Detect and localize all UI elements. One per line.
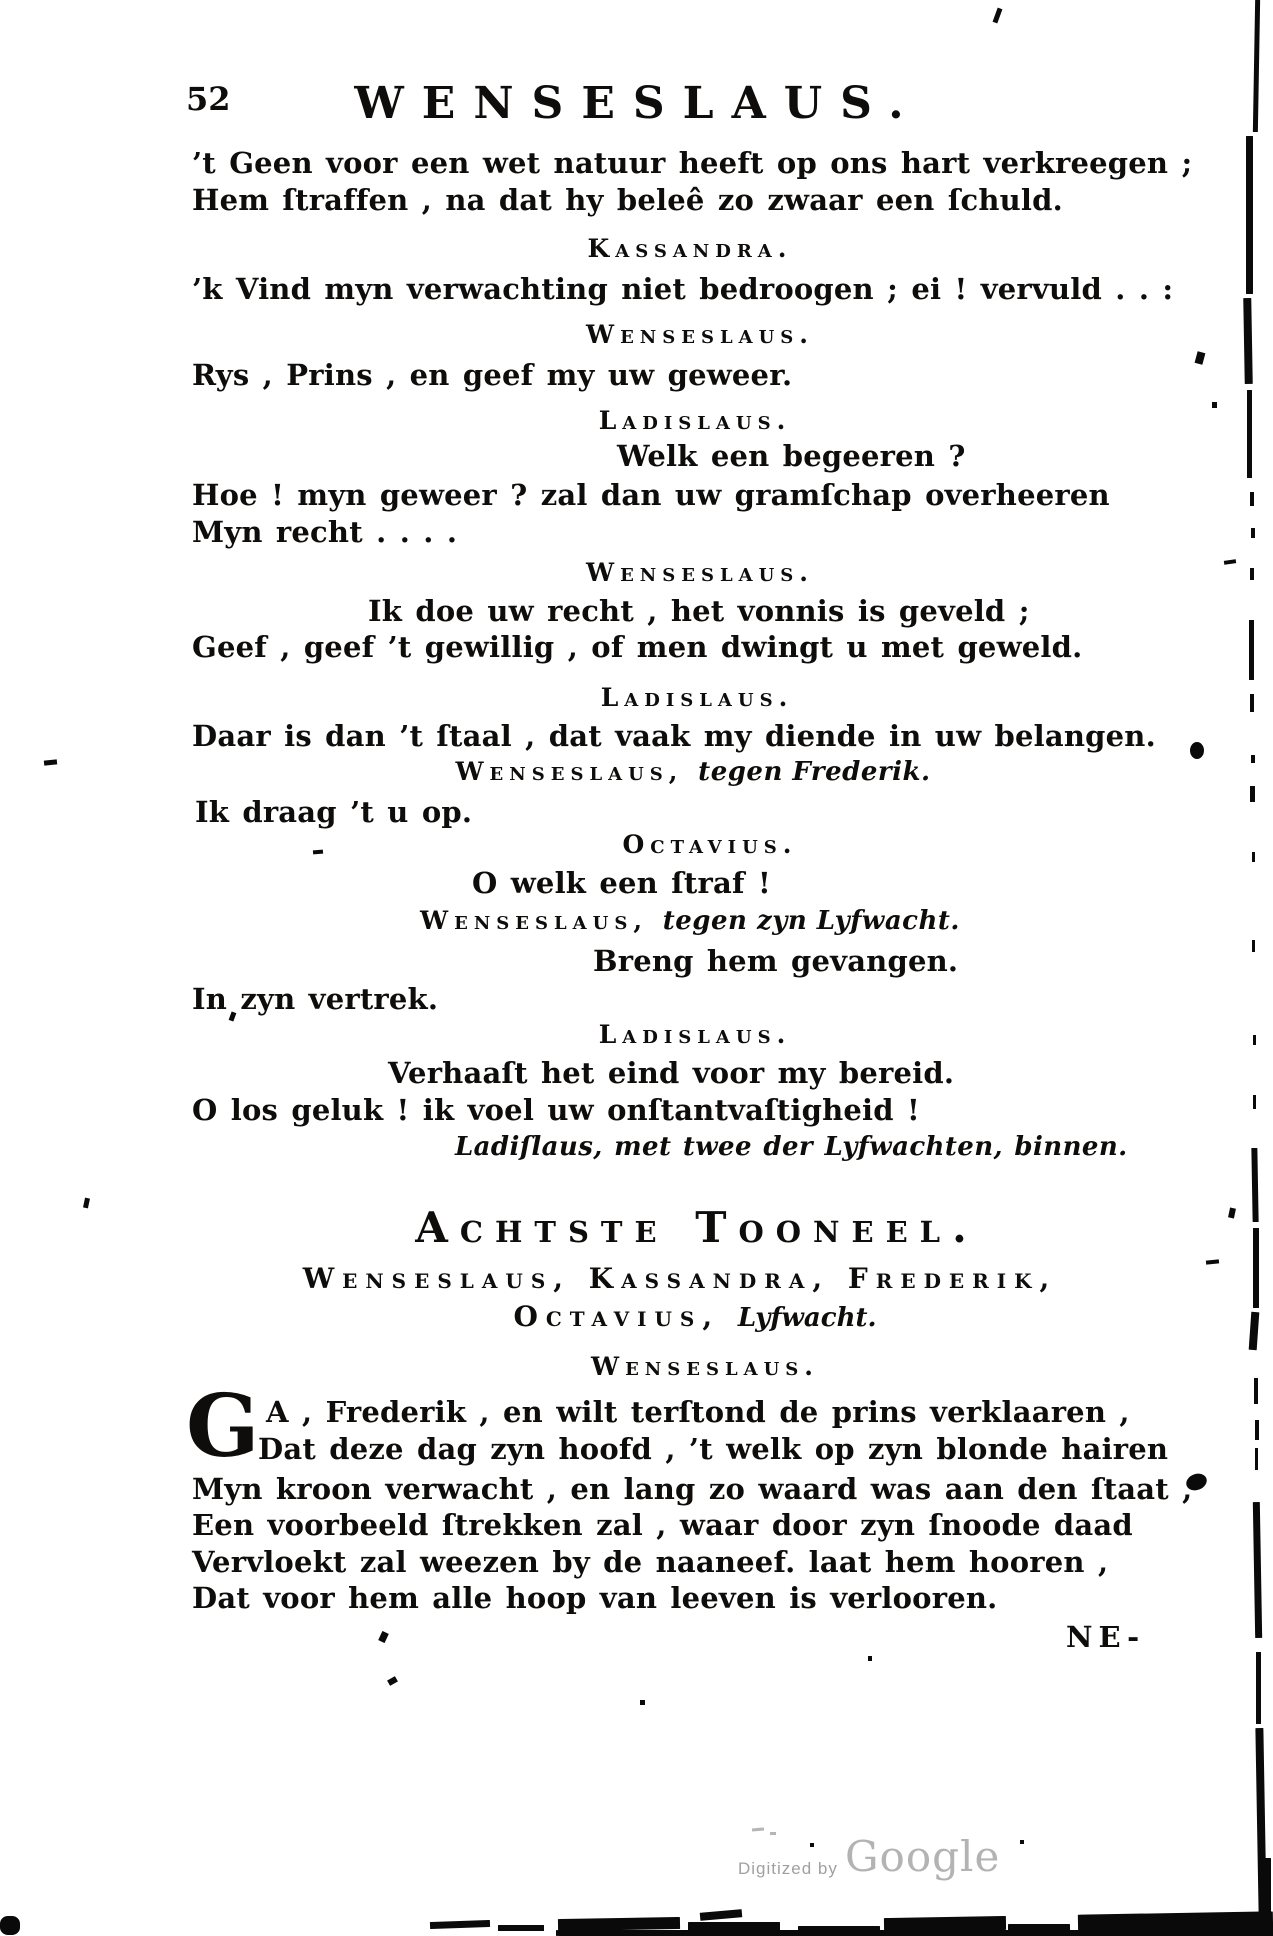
digitized-by-label: Digitized by	[738, 1859, 838, 1879]
speaker-name: Octavius.	[623, 832, 798, 858]
verse-line: Ik draag ’t u op.	[195, 797, 472, 827]
verse-line: Een voorbeeld ſtrekken zal , waar door z…	[192, 1510, 1133, 1540]
ink-speck	[640, 1700, 645, 1705]
scan-bottom-bar-fragment	[700, 1909, 743, 1921]
scan-bottom-bar-fragment	[0, 1916, 20, 1935]
page-edge-line-segment	[1250, 694, 1254, 712]
page-edge-line-segment	[1246, 136, 1253, 294]
speaker-name-fragment: Wenseslaus, Kassandra, Frederik,	[303, 1262, 1058, 1295]
page-edge-line-segment	[1247, 390, 1252, 478]
speaker-name: Wenseslaus.	[586, 560, 814, 586]
speaker-name-with-direction: Wenseslaus, tegen Frederik.	[455, 759, 930, 786]
ink-speck	[752, 1827, 764, 1831]
ink-speck	[313, 850, 323, 855]
page-edge-line-segment	[1251, 1148, 1258, 1222]
page-edge-line-segment	[1252, 852, 1255, 862]
scan-bottom-bar-fragment	[430, 1920, 490, 1929]
ink-speck	[378, 1631, 389, 1643]
verse-line: Myn kroon verwacht , en lang zo waard wa…	[192, 1474, 1192, 1504]
verse-line: Breng hem gevangen.	[593, 946, 958, 976]
page-edge-line-segment	[1256, 1652, 1261, 1724]
page-edge-line-segment	[1251, 755, 1255, 763]
ink-speck	[868, 1656, 872, 1661]
speaker-name: Ladislaus.	[599, 408, 792, 434]
page-edge-line-segment	[1250, 786, 1255, 802]
verse-line: Dat deze dag zyn hoofd , ’t welk op zyn …	[258, 1434, 1168, 1464]
ink-speck	[1190, 742, 1204, 759]
verse-line: ’t Geen voor een wet natuur heeft op ons…	[192, 148, 1192, 178]
ink-speck	[1020, 1840, 1024, 1844]
page-edge-line-segment	[1253, 1095, 1256, 1109]
page-number: 52	[186, 80, 231, 118]
stage-direction: Ladiſlaus, met twee der Lyfwachten, binn…	[455, 1134, 1128, 1161]
google-logo: Google	[845, 1832, 1000, 1881]
speaker-name: Ladislaus.	[601, 685, 794, 711]
verse-line: Welk een begeeren ?	[617, 441, 966, 471]
ink-speck	[83, 1198, 90, 1209]
verse-line: Hem ſtraffen , na dat hy beleê zo zwaar …	[192, 185, 1063, 215]
speaker-name-with-direction: Wenseslaus, tegen zyn Lyfwacht.	[420, 908, 960, 935]
page-edge-line-segment	[1250, 492, 1254, 506]
page-edge-line-segment	[1251, 528, 1255, 538]
ink-speck	[810, 1843, 814, 1847]
verse-line: A , Frederik , en wilt terſtond de prins…	[266, 1397, 1130, 1427]
ink-speck	[770, 1832, 776, 1835]
ink-speck	[1195, 351, 1206, 365]
ink-speck	[44, 759, 57, 765]
page-edge-line-segment	[1243, 298, 1252, 384]
page-edge-line-segment	[1255, 1448, 1258, 1470]
page-edge-line-segment	[1254, 1378, 1258, 1404]
verse-line: Vervloekt zal weezen by de naaneef. laat…	[192, 1547, 1108, 1577]
ink-speck	[1224, 559, 1236, 565]
scan-bottom-bar-fragment	[498, 1925, 544, 1931]
scan-bottom-bar-fragment	[558, 1917, 680, 1931]
ink-speck	[1212, 402, 1217, 408]
scene-heading: Achtste Tooneel.	[415, 1206, 978, 1250]
verse-line: Verhaaſt het eind voor my bereid.	[388, 1058, 954, 1088]
verse-line: In zyn vertrek.	[192, 984, 438, 1014]
speaker-name-fragment: Wenseslaus,	[420, 906, 663, 935]
verse-line: Geef , geef ’t gewillig , of men dwingt …	[192, 632, 1082, 662]
page-edge-line-segment	[1250, 568, 1254, 580]
ink-speck	[387, 1676, 398, 1686]
page-edge-line-segment	[1249, 620, 1254, 680]
speaker-name-fragment: Wenseslaus,	[455, 757, 698, 786]
page-edge-line-segment	[1253, 0, 1260, 132]
speaker-name: Ladislaus.	[599, 1022, 792, 1048]
verse-line: Ik doe uw recht , het vonnis is geveld ;	[368, 596, 1030, 626]
verse-line: Daar is dan ’t ſtaal , dat vaak my diend…	[192, 721, 1156, 751]
stage-direction-fragment: Lyfwacht.	[738, 1303, 877, 1333]
verse-line: Dat voor hem alle hoop van leeven is ver…	[192, 1583, 997, 1613]
page-edge-line-segment	[1252, 940, 1255, 952]
scan-bottom-bar-fragment	[556, 1930, 1273, 1936]
page-edge-line-segment	[1253, 1502, 1262, 1638]
speaker-name: Wenseslaus.	[591, 1354, 819, 1380]
verse-line: Hoe ! myn geweer ? zal dan uw gramſchap …	[192, 480, 1110, 510]
page-edge-line-segment	[1253, 1228, 1259, 1308]
verse-line: Rys , Prins , en geef my uw geweer.	[192, 360, 792, 390]
personae-line: Wenseslaus, Kassandra, Frederik,	[303, 1264, 1058, 1293]
ink-speck	[1206, 1259, 1219, 1264]
page-edge-line-segment	[1249, 1312, 1260, 1350]
page-edge-line-segment	[1253, 1035, 1256, 1045]
verse-line: Myn recht . . . .	[192, 517, 457, 547]
verse-line: ’k Vind myn verwachting niet bedroogen ;…	[192, 274, 1173, 304]
ink-speck	[1228, 1207, 1236, 1218]
catchword: NE-	[1066, 1620, 1145, 1654]
ink-speck	[993, 8, 1003, 24]
stage-direction-fragment: tegen zyn Lyfwacht.	[663, 906, 960, 936]
verse-line: O los geluk ! ik voel uw onſtantvaſtighe…	[192, 1095, 920, 1125]
verse-line: O welk een ſtraf !	[472, 868, 771, 898]
drop-cap: G	[186, 1392, 259, 1463]
page-edge-line-segment	[1255, 1420, 1259, 1440]
speaker-name: Wenseslaus.	[586, 322, 814, 348]
speaker-name-fragment: Octavius,	[513, 1300, 737, 1333]
personae-line: Octavius, Lyfwacht.	[513, 1302, 876, 1332]
speaker-name: Kassandra.	[588, 236, 793, 262]
stage-direction-fragment: tegen Frederik.	[698, 757, 930, 787]
scanned-page: 52 WENSESLAUS. ’t Geen voor een wet natu…	[0, 0, 1273, 1936]
running-title: WENSESLAUS.	[354, 78, 921, 129]
